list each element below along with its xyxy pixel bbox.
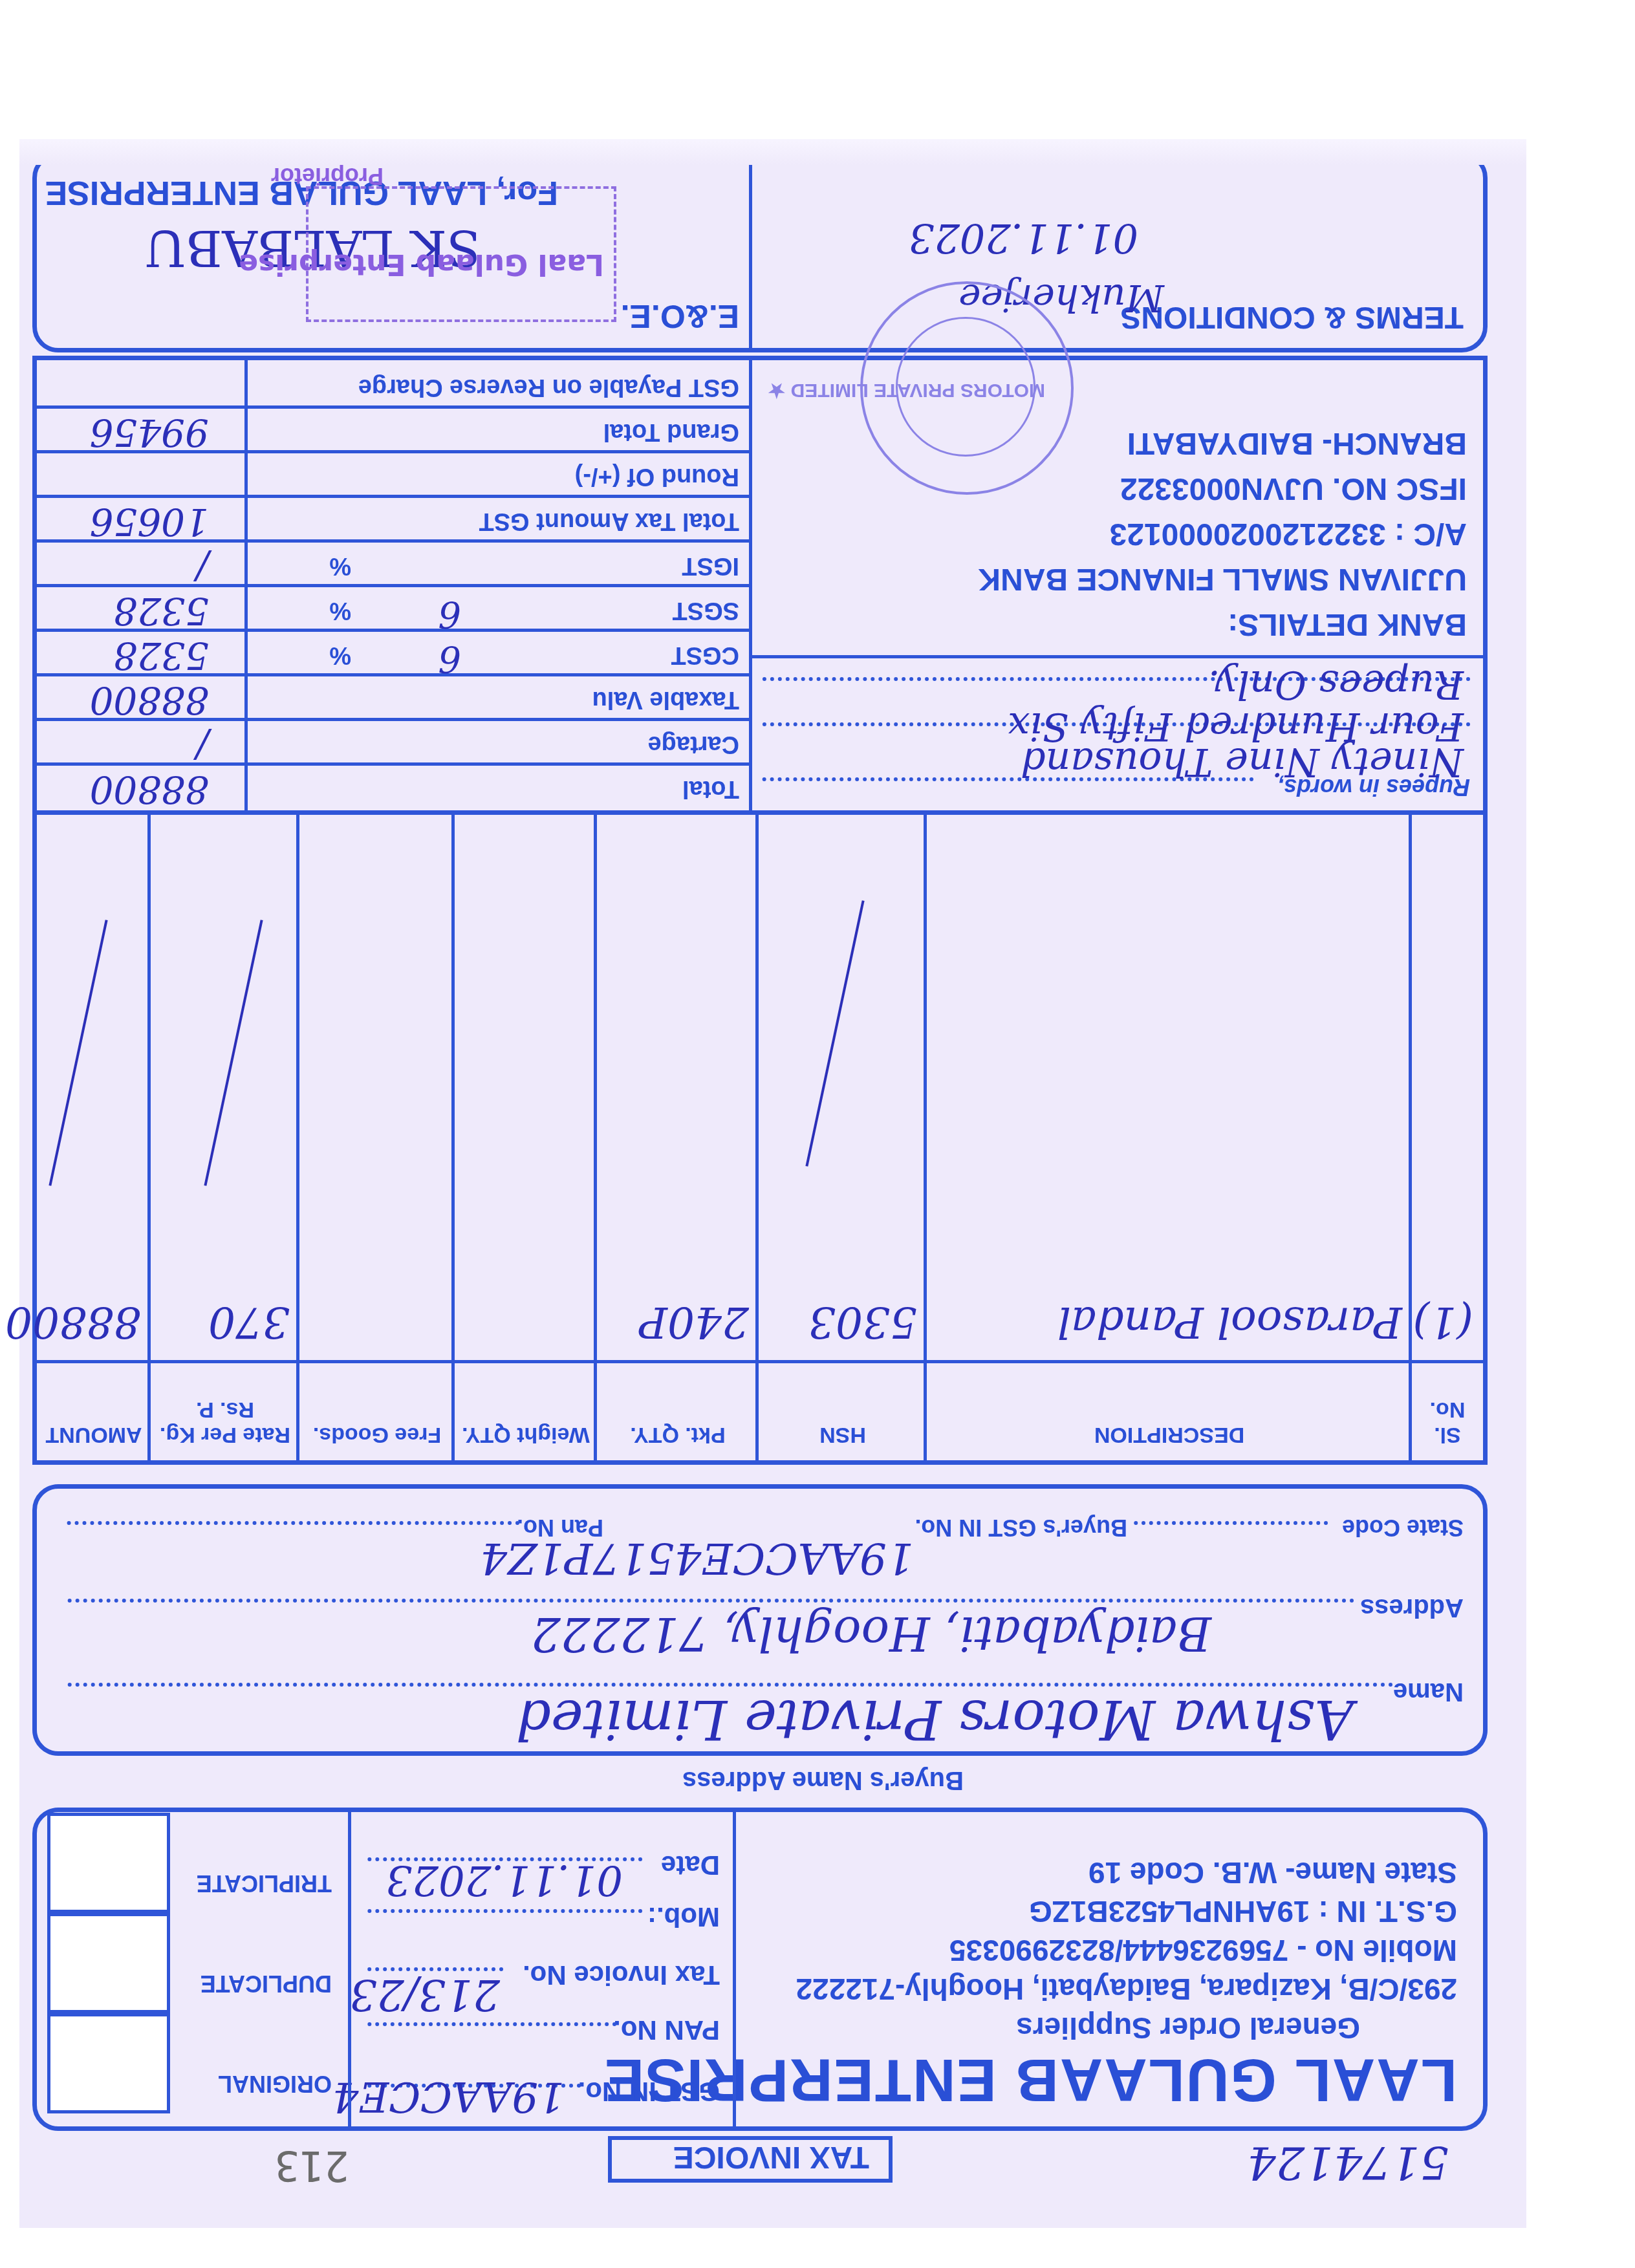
words-line-3: Rupees Only. <box>1208 662 1464 707</box>
words-line-2: Four Hundred Fifty Six <box>1008 704 1464 749</box>
tax-invoice-label: Tax Invoice No. <box>523 1960 720 1991</box>
column-header: AMOUNT <box>43 1422 144 1447</box>
totals-value: 88800 <box>89 678 209 722</box>
totals-value: / <box>196 545 209 589</box>
mob-label: Mob.: <box>647 1901 720 1932</box>
invoice-sheet: 213 TAX INVOICE 5174124 LAAL GULAAB ENTE… <box>19 139 1526 2228</box>
percent-sign: % <box>329 596 351 624</box>
totals-value: 5328 <box>113 589 209 633</box>
buyer-gst-label: Buyer's GST IN No. <box>915 1514 1127 1541</box>
percent-sign: % <box>329 552 351 579</box>
column-header: Free Goods. <box>306 1422 448 1447</box>
column-header: Rate Per Kg. Rs. P. <box>157 1397 293 1447</box>
totals-label: SGST <box>673 596 739 624</box>
strike-line <box>805 900 864 1167</box>
column-header: Weight QTY. <box>461 1422 590 1447</box>
copy-duplicate-checkbox[interactable] <box>47 1913 170 2013</box>
copy-original-label: ORIGINAL <box>218 2070 332 2097</box>
bank-name: UJJIVAN SMALL FINANCE BANK <box>978 561 1467 597</box>
totals-label: Total Tax Amount GST <box>479 507 739 535</box>
strike-line <box>204 920 263 1186</box>
doc-type-badge: TAX INVOICE <box>608 2136 893 2183</box>
buyer-sign-date: 01.11.2023 <box>909 215 1138 262</box>
company-address: 293/C/B, Kazipara, Baidaybati, Hooghly-7… <box>796 1972 1457 2007</box>
copy-triplicate-label: TRIPLICATE <box>197 1870 332 1897</box>
totals-label: GST Payable on Reverse Charge <box>358 373 739 401</box>
terms-title: TERMS & CONDITIONS <box>1120 299 1464 335</box>
handwritten-note: 5174124 <box>1247 2136 1449 2189</box>
totals-value: 99456 <box>89 411 209 455</box>
pan-label: PAN No. <box>613 2014 720 2046</box>
table-cell-amount: 88800 <box>5 1297 141 1347</box>
column-header: Sl. No. <box>1418 1397 1477 1447</box>
doc-type-label: TAX INVOICE <box>673 2139 869 2175</box>
company-tagline: General Order Suppliers <box>1016 2011 1360 2046</box>
company-stamp-text: Laal Gulaab Enterprise <box>239 248 604 281</box>
serial-number: 213 <box>274 2141 349 2189</box>
table-cell-rate: 370 <box>208 1297 290 1347</box>
summary-section: Rupees in words, Ninety Nine Thousand Fo… <box>32 356 1488 815</box>
totals-label: IGST <box>682 552 739 579</box>
strike-line <box>49 920 107 1186</box>
buyer-name-value: Ashwa Motors Private Limited <box>516 1688 1354 1751</box>
tax-rate: 6 <box>438 638 461 680</box>
date-value: 01.11.2023 <box>386 1855 623 1903</box>
company-state: State Name- W.B. Code 19 <box>1088 1855 1457 1890</box>
totals-value: 5328 <box>113 634 209 678</box>
totals-label: Round Of (+/-) <box>575 462 739 490</box>
table-cell-pkt-qty: 240P <box>639 1297 749 1347</box>
proprietor-label: Proprietor <box>271 162 384 189</box>
table-cell-hsn: 5303 <box>808 1297 917 1347</box>
company-stamp: Laal Gulaab Enterprise <box>306 186 616 322</box>
bank-account: A/C : 3322120020000123 <box>1110 516 1467 552</box>
items-table: Sl. No.DESCRIPTIONHSNPkt. QTY.Weight QTY… <box>32 812 1488 1465</box>
company-mobile: Mobile No - 7569236444/8232990335 <box>949 1933 1457 1968</box>
totals-label: CGST <box>671 641 739 669</box>
eoe-label: E.&O.E. <box>621 297 739 335</box>
round-company-stamp: MOTORS PRIVATE LIMITED ★ <box>860 281 1074 495</box>
seller-header-box: LAAL GULAAB ENTERPRISE General Order Sup… <box>32 1808 1488 2131</box>
totals-value: 10656 <box>89 500 209 544</box>
bank-ifsc: IFSC NO. UJVN0003322 <box>1120 471 1467 506</box>
company-gstin: G.S.T. IN : 19AHNPL4523B1ZG <box>1029 1894 1457 1929</box>
gst-in-value: 19AACCE4 <box>332 2072 565 2120</box>
buyer-address-label: Address <box>1360 1593 1464 1622</box>
copy-original-checkbox[interactable] <box>47 2013 170 2113</box>
round-stamp-text: MOTORS PRIVATE LIMITED ★ <box>768 379 1045 402</box>
copy-duplicate-label: DUPLICATE <box>200 1970 332 1997</box>
company-name: LAAL GULAAB ENTERPRISE <box>603 2046 1457 2113</box>
percent-sign: % <box>329 641 351 669</box>
buyer-section-label: Buyer's Name Address <box>682 1766 964 1795</box>
totals-label: Taxable Valu <box>592 686 739 713</box>
table-cell-description: Parasool Pandal <box>1057 1297 1402 1347</box>
buyer-name-label: Name <box>1393 1677 1464 1706</box>
gst-in-label: GST IN No. <box>578 2076 720 2107</box>
totals-value: / <box>196 723 209 767</box>
totals-label: Total <box>682 775 739 803</box>
copy-triplicate-checkbox[interactable] <box>47 1813 170 1913</box>
tax-rate: 6 <box>438 593 461 635</box>
table-cell-sl: (1) <box>1413 1297 1474 1347</box>
column-header: HSN <box>765 1422 920 1447</box>
state-code-label: State Code <box>1342 1514 1464 1541</box>
totals-label: Grand Total <box>603 418 739 446</box>
footer-box: TERMS & CONDITIONS E.&O.E. For, LAAL GUL… <box>32 152 1488 352</box>
date-label: Date <box>661 1850 720 1881</box>
totals-label: Cartage <box>648 730 740 758</box>
tax-invoice-value: 213/23 <box>350 1970 500 2020</box>
bank-branch: BRANCH- BAIDYABATI <box>1127 426 1467 461</box>
totals-value: 88800 <box>89 768 209 812</box>
buyer-box: Name Ashwa Motors Private Limited Addres… <box>32 1484 1488 1756</box>
column-header: Pkt. QTY. <box>603 1422 752 1447</box>
buyer-address-value: Baidyabati, Hooghly, 712222 <box>531 1606 1211 1661</box>
bank-title: BANK DETAILS: <box>1228 607 1467 642</box>
column-header: DESCRIPTION <box>933 1422 1405 1447</box>
buyer-pan-label: Pan No. <box>517 1514 603 1541</box>
